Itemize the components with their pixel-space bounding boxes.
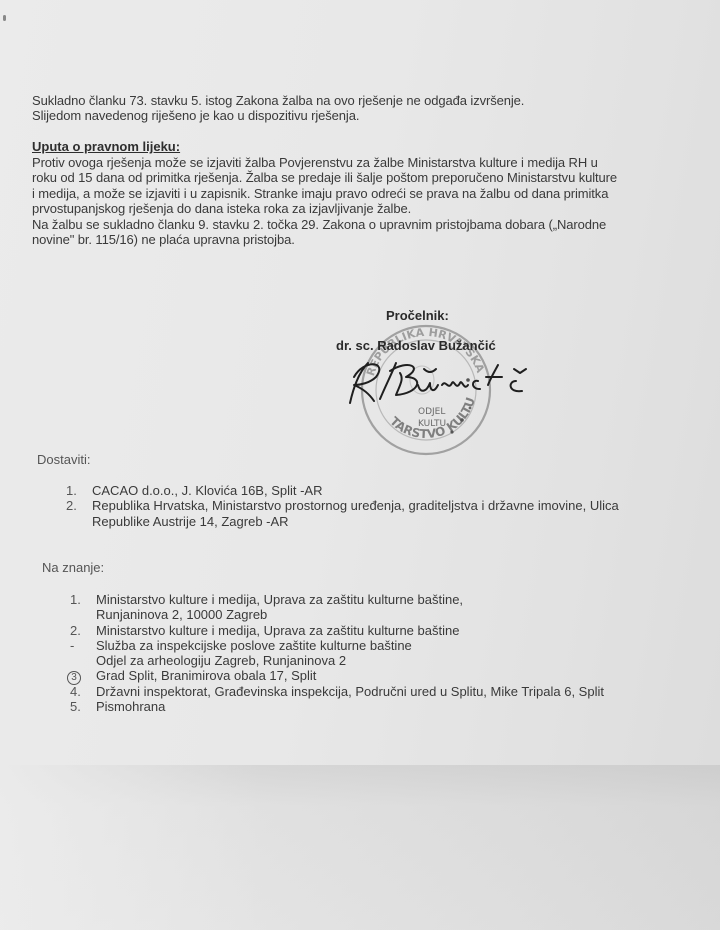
list-item-text: Odjel za arheologiju Zagreb, Runjaninova… <box>96 653 346 668</box>
list-item-text: Pismohrana <box>96 699 165 714</box>
list-item-text: CACAO d.o.o., J. Klovića 16B, Split -AR <box>92 483 322 498</box>
svg-text:KULTU: KULTU <box>418 419 446 429</box>
paragraph-line: prvostupanjskog rješenja do dana isteka … <box>32 201 617 216</box>
paragraph-line: roku od 15 dana od primitka rješenja. Ža… <box>32 170 617 185</box>
list-item-text: Republike Austrije 14, Zagreb -AR <box>92 514 289 529</box>
list-item-text: Runjaninova 2, 10000 Zagreb <box>96 607 267 622</box>
signatory-title: Pročelnik: <box>386 308 449 323</box>
execution-paragraph: Sukladno članku 73. stavku 5. istog Zako… <box>32 93 524 124</box>
list-item-number: 4. <box>70 684 84 699</box>
signatory-name: dr. sc. Radoslav Bužančić <box>336 338 496 353</box>
legal-remedy-heading: Uputa o pravnom lijeku: <box>32 139 180 154</box>
list-item-number: 2. <box>70 623 84 638</box>
paragraph-line: Sukladno članku 73. stavku 5. istog Zako… <box>32 93 524 108</box>
paragraph-line: i medija, a može se izjaviti i u zapisni… <box>32 186 617 201</box>
list-item-text: Ministarstvo kulture i medija, Uprava za… <box>96 592 463 607</box>
paragraph-line: Na žalbu se sukladno članku 9. stavku 2.… <box>32 217 617 232</box>
list-item-bullet: - <box>70 638 84 653</box>
list-item-text: Grad Split, Branimirova obala 17, Split <box>96 668 316 683</box>
paper-speck <box>3 15 6 21</box>
list-item-text: Državni inspektorat, Građevinska inspekc… <box>96 684 604 699</box>
scanned-document-page: Sukladno članku 73. stavku 5. istog Zako… <box>0 0 720 930</box>
paragraph-line: Slijedom navedenog riješeno je kao u dis… <box>32 108 524 123</box>
handwritten-signature-icon <box>340 355 540 410</box>
list-item-number: 2. <box>66 498 80 513</box>
list-item-number: 5. <box>70 699 84 714</box>
legal-remedy-paragraph: Protiv ovoga rješenja može se izjaviti ž… <box>32 155 617 247</box>
list-item-text: Ministarstvo kulture i medija, Uprava za… <box>96 623 459 638</box>
for-information-label: Na znanje: <box>42 560 104 575</box>
list-item-number: 1. <box>66 483 80 498</box>
list-item-number: 1. <box>70 592 84 607</box>
paragraph-line: novine" br. 115/16) ne plaća upravna pri… <box>32 232 617 247</box>
list-item-text: Služba za inspekcijske poslove zaštite k… <box>96 638 412 653</box>
list-item-text: Republika Hrvatska, Ministarstvo prostor… <box>92 498 619 513</box>
fold-highlight <box>0 765 260 930</box>
paragraph-line: Protiv ovoga rješenja može se izjaviti ž… <box>32 155 617 170</box>
deliver-to-label: Dostaviti: <box>37 452 90 467</box>
